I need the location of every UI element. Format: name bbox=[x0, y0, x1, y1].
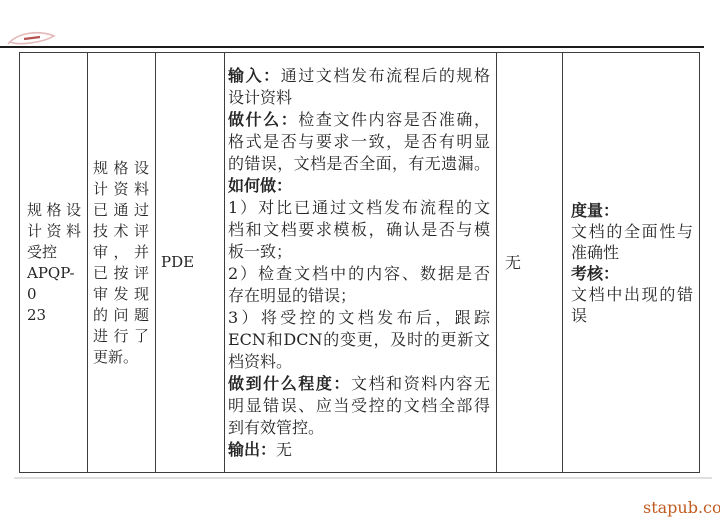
text-line: 准确性 bbox=[571, 242, 693, 263]
text-line: 如何做： bbox=[228, 175, 490, 197]
text-line: 已按评 bbox=[93, 263, 149, 284]
text-line: 到有效管控。 bbox=[228, 417, 490, 439]
text-line: 明显错误、应当受控的文档全部得 bbox=[228, 395, 490, 417]
top-rule bbox=[0, 46, 704, 48]
bold-label: 如何做： bbox=[228, 176, 292, 195]
metrics-cell: 度量：文档的全面性与准确性考核：文档中出现的错误 bbox=[563, 53, 699, 472]
red-scribble-mark bbox=[4, 28, 58, 48]
text-line: 板一致； bbox=[228, 241, 490, 263]
text-line: 设计资料 bbox=[228, 87, 490, 109]
text-line: 的错误，文档是否全面，有无遗漏。 bbox=[228, 153, 490, 175]
bold-label: 输入： bbox=[228, 66, 281, 85]
text-line: 受控 bbox=[27, 242, 81, 263]
text-line: 规格设 bbox=[27, 200, 81, 221]
tools-cell: 无 bbox=[497, 53, 563, 472]
text-line: 计资料 bbox=[93, 179, 149, 200]
text-line: 文档中出现的错 bbox=[571, 284, 693, 305]
text-line: 做到什么程度：文档和资料内容无 bbox=[228, 373, 490, 395]
bold-label: 做什么： bbox=[228, 110, 298, 129]
text-line: 计资料 bbox=[27, 221, 81, 242]
text-line: 无 bbox=[505, 252, 558, 273]
text-line: 23 bbox=[27, 305, 81, 326]
text-line: 文档的全面性与 bbox=[571, 221, 693, 242]
text-line: ECN和DCN的变更，及时的更新文 bbox=[228, 329, 490, 351]
bold-label: 输出： bbox=[228, 440, 276, 459]
text-line: 的问题 bbox=[93, 305, 149, 326]
text-line: 进行了 bbox=[93, 326, 149, 347]
text-line: PDE bbox=[161, 252, 220, 273]
task-id-cell: 规格设计资料受控APQP-023 bbox=[20, 53, 88, 472]
text-line: APQP-0 bbox=[27, 263, 81, 305]
text-line: 输出：无 bbox=[228, 439, 490, 461]
text-line: 存在明显的错误； bbox=[228, 285, 490, 307]
text-line: 审，并 bbox=[93, 242, 149, 263]
role-cell: PDE bbox=[156, 53, 225, 472]
text-line: 技术评 bbox=[93, 221, 149, 242]
process-table: 规格设计资料受控APQP-023 规格设计资料已通过技术评审，并已按评审发现的问… bbox=[19, 52, 700, 473]
activity-detail-cell: 输入：通过文档发布流程后的规格设计资料做什么：检查文件内容是否准确，格式是否与要… bbox=[225, 53, 497, 472]
text-line: 规格设 bbox=[93, 158, 149, 179]
watermark-stapub: stapub.com bbox=[643, 498, 720, 517]
text-line: 做什么：检查文件内容是否准确， bbox=[228, 109, 490, 131]
text-line: 档资料。 bbox=[228, 351, 490, 373]
text-line: 档和文档要求模板，确认是否与模 bbox=[228, 219, 490, 241]
text-line: 3）将受控的文档发布后，跟踪 bbox=[228, 307, 490, 329]
bold-label: 考核： bbox=[571, 264, 619, 283]
entry-criteria-cell: 规格设计资料已通过技术评审，并已按评审发现的问题进行了更新。 bbox=[88, 53, 156, 472]
text-line: 更新。 bbox=[93, 347, 149, 368]
scan-shadow-line bbox=[14, 477, 712, 479]
text-line: 误 bbox=[571, 305, 693, 326]
text-line: 度量： bbox=[571, 200, 693, 221]
bold-label: 做到什么程度： bbox=[228, 374, 351, 393]
text-line: 2）检查文档中的内容、数据是否 bbox=[228, 263, 490, 285]
bold-label: 度量： bbox=[571, 201, 619, 220]
text-line: 输入：通过文档发布流程后的规格 bbox=[228, 65, 490, 87]
text-line: 格式是否与要求一致，是否有明显 bbox=[228, 131, 490, 153]
text-line: 1）对比已通过文档发布流程的文 bbox=[228, 197, 490, 219]
text-line: 已通过 bbox=[93, 200, 149, 221]
text-line: 审发现 bbox=[93, 284, 149, 305]
text-line: 考核： bbox=[571, 263, 693, 284]
